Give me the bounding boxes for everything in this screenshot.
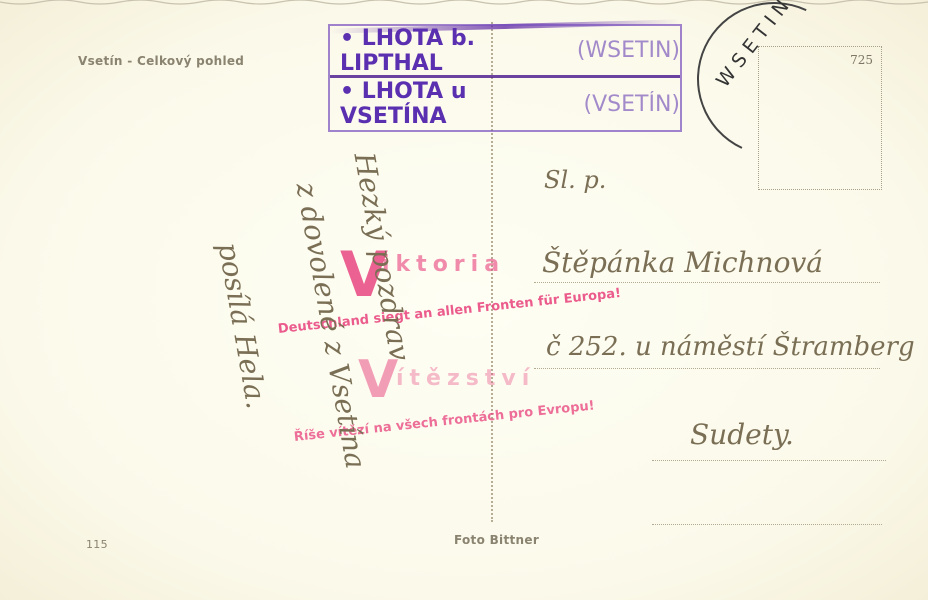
- card-title: Vsetín - Celkový pohled: [78, 54, 244, 68]
- address-line-3: [652, 460, 886, 461]
- address-line-2: [534, 368, 880, 369]
- card-number: 115: [86, 538, 108, 551]
- address-salutation: Sl. p.: [544, 166, 606, 194]
- cancellation-line-2: • LHOTA u VSETÍNA (VSETÍN): [330, 78, 680, 130]
- cancellation-stamp: • LHOTA b. LIPTHAL (WSETIN) • LHOTA u VS…: [328, 24, 682, 132]
- cancellation-line-1: • LHOTA b. LIPTHAL (WSETIN): [330, 26, 680, 78]
- photographer-credit: Foto Bittner: [454, 533, 539, 547]
- message-line-3: posílá Hela.: [212, 240, 274, 411]
- address-line-1: [534, 282, 880, 283]
- address-line-4: [652, 524, 882, 525]
- postcard-back: Vsetín - Celkový pohled 115 Foto Bittner…: [0, 0, 928, 600]
- vitezstvi-word: ítězství: [396, 366, 535, 391]
- address-name: Štěpánka Michnová: [542, 246, 823, 279]
- address-street: č 252. u náměstí Štramberg: [546, 332, 915, 362]
- address-region: Sudety.: [690, 418, 794, 451]
- stamp-box-number: 725: [850, 53, 873, 67]
